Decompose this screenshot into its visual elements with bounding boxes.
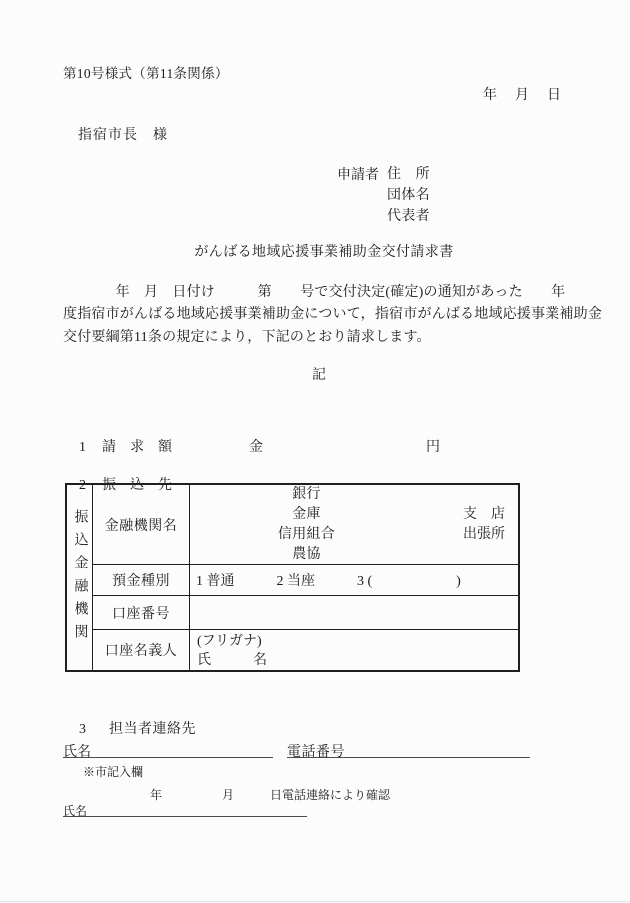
applicant-block: 申請者 住 所 団体名 代表者: [337, 164, 430, 227]
contact-fields: 氏名 電話番号: [63, 741, 530, 758]
bank-transfer-table: 振込金融機関 金融機関名 銀行 金庫 信用組合 農協 支 店 出張所: [65, 483, 520, 672]
applicant-org-label: 団体名: [387, 185, 430, 206]
table-row-account-holder: 口座名義人 (フリガナ) 氏 名: [93, 630, 518, 670]
applicant-label: 申請者: [337, 164, 379, 227]
branch-type-shucchojo: 出張所: [463, 525, 505, 545]
confirm-name-field: 氏名: [63, 802, 307, 817]
date-line: 年 月 日: [483, 84, 563, 104]
page-bottom-edge: [0, 901, 630, 902]
bank-type-kinko: 金庫: [190, 505, 423, 525]
section-1-number: 1: [79, 440, 86, 455]
vertical-header-text: 振込金融機関: [67, 509, 93, 647]
document-page: 第10号様式（第11条関係） 年 月 日 指宿市長 様 申請者 住 所 団体名 …: [0, 0, 630, 903]
phone-confirm-line: 年 月 日電話連絡により確認: [150, 786, 390, 803]
table-vertical-header: 振込金融機関: [67, 485, 93, 670]
bank-type-options: 銀行 金庫 信用組合 農協: [190, 485, 463, 564]
account-number-field: [190, 596, 518, 629]
deposit-type-label: 預金種別: [93, 565, 190, 595]
bank-type-nokyo: 農協: [190, 545, 423, 565]
table-row-deposit-type: 預金種別 1 普通 2 当座 3 ( ): [93, 565, 518, 596]
bank-type-shinyokumiai: 信用組合: [190, 525, 423, 545]
deposit-type-options: 1 普通 2 当座 3 ( ): [190, 565, 518, 595]
bank-type-bank: 銀行: [190, 485, 423, 505]
institution-label: 金融機関名: [93, 485, 190, 564]
section-3-number: 3: [79, 722, 86, 737]
contact-name-label: 氏名: [63, 745, 91, 760]
applicant-rep-label: 代表者: [387, 206, 430, 227]
document-title: がんばる地域応援事業補助金交付請求書: [0, 241, 630, 261]
branch-type-options: 支 店 出張所: [463, 505, 505, 545]
contact-phone-field: 電話番号: [287, 741, 530, 758]
amount-yen-label: 円: [426, 440, 440, 455]
city-entry-note: ※市記入欄: [83, 763, 143, 780]
section-1-label: 請 求 額: [102, 440, 172, 455]
contact-phone-label: 電話番号: [287, 745, 345, 760]
body-line-3: 交付要綱第11条の規定により，下記のとおり請求します。: [63, 327, 583, 349]
account-number-label: 口座番号: [93, 596, 190, 629]
holder-name-label: 氏 名: [197, 651, 518, 670]
body-line-2: 度指宿市がんばる地域応援事業補助金について，指宿市がんばる地域応援事業補助金: [63, 304, 583, 326]
amount-kin-label: 金: [249, 440, 263, 455]
table-row-account-number: 口座番号: [93, 596, 518, 630]
contact-name-field: 氏名: [63, 741, 273, 758]
confirm-name-label: 氏名: [63, 804, 87, 818]
section-3-label: 担当者連絡先: [109, 722, 196, 737]
table-row-institution: 金融機関名 銀行 金庫 信用組合 農協 支 店 出張所: [93, 485, 518, 565]
applicant-address-label: 住 所: [387, 164, 430, 185]
branch-type-shiten: 支 店: [463, 505, 505, 525]
ki-heading: 記: [0, 364, 630, 384]
body-paragraph: 年 月 日付け 第 号で交付決定(確定)の通知があった 年 度指宿市がんばる地域…: [63, 282, 583, 349]
furigana-label: (フリガナ): [197, 632, 518, 651]
account-holder-label: 口座名義人: [93, 630, 190, 670]
body-line-1: 年 月 日付け 第 号で交付決定(確定)の通知があった 年: [63, 282, 583, 304]
addressee: 指宿市長 様: [78, 124, 168, 144]
form-number: 第10号様式（第11条関係）: [63, 62, 229, 82]
